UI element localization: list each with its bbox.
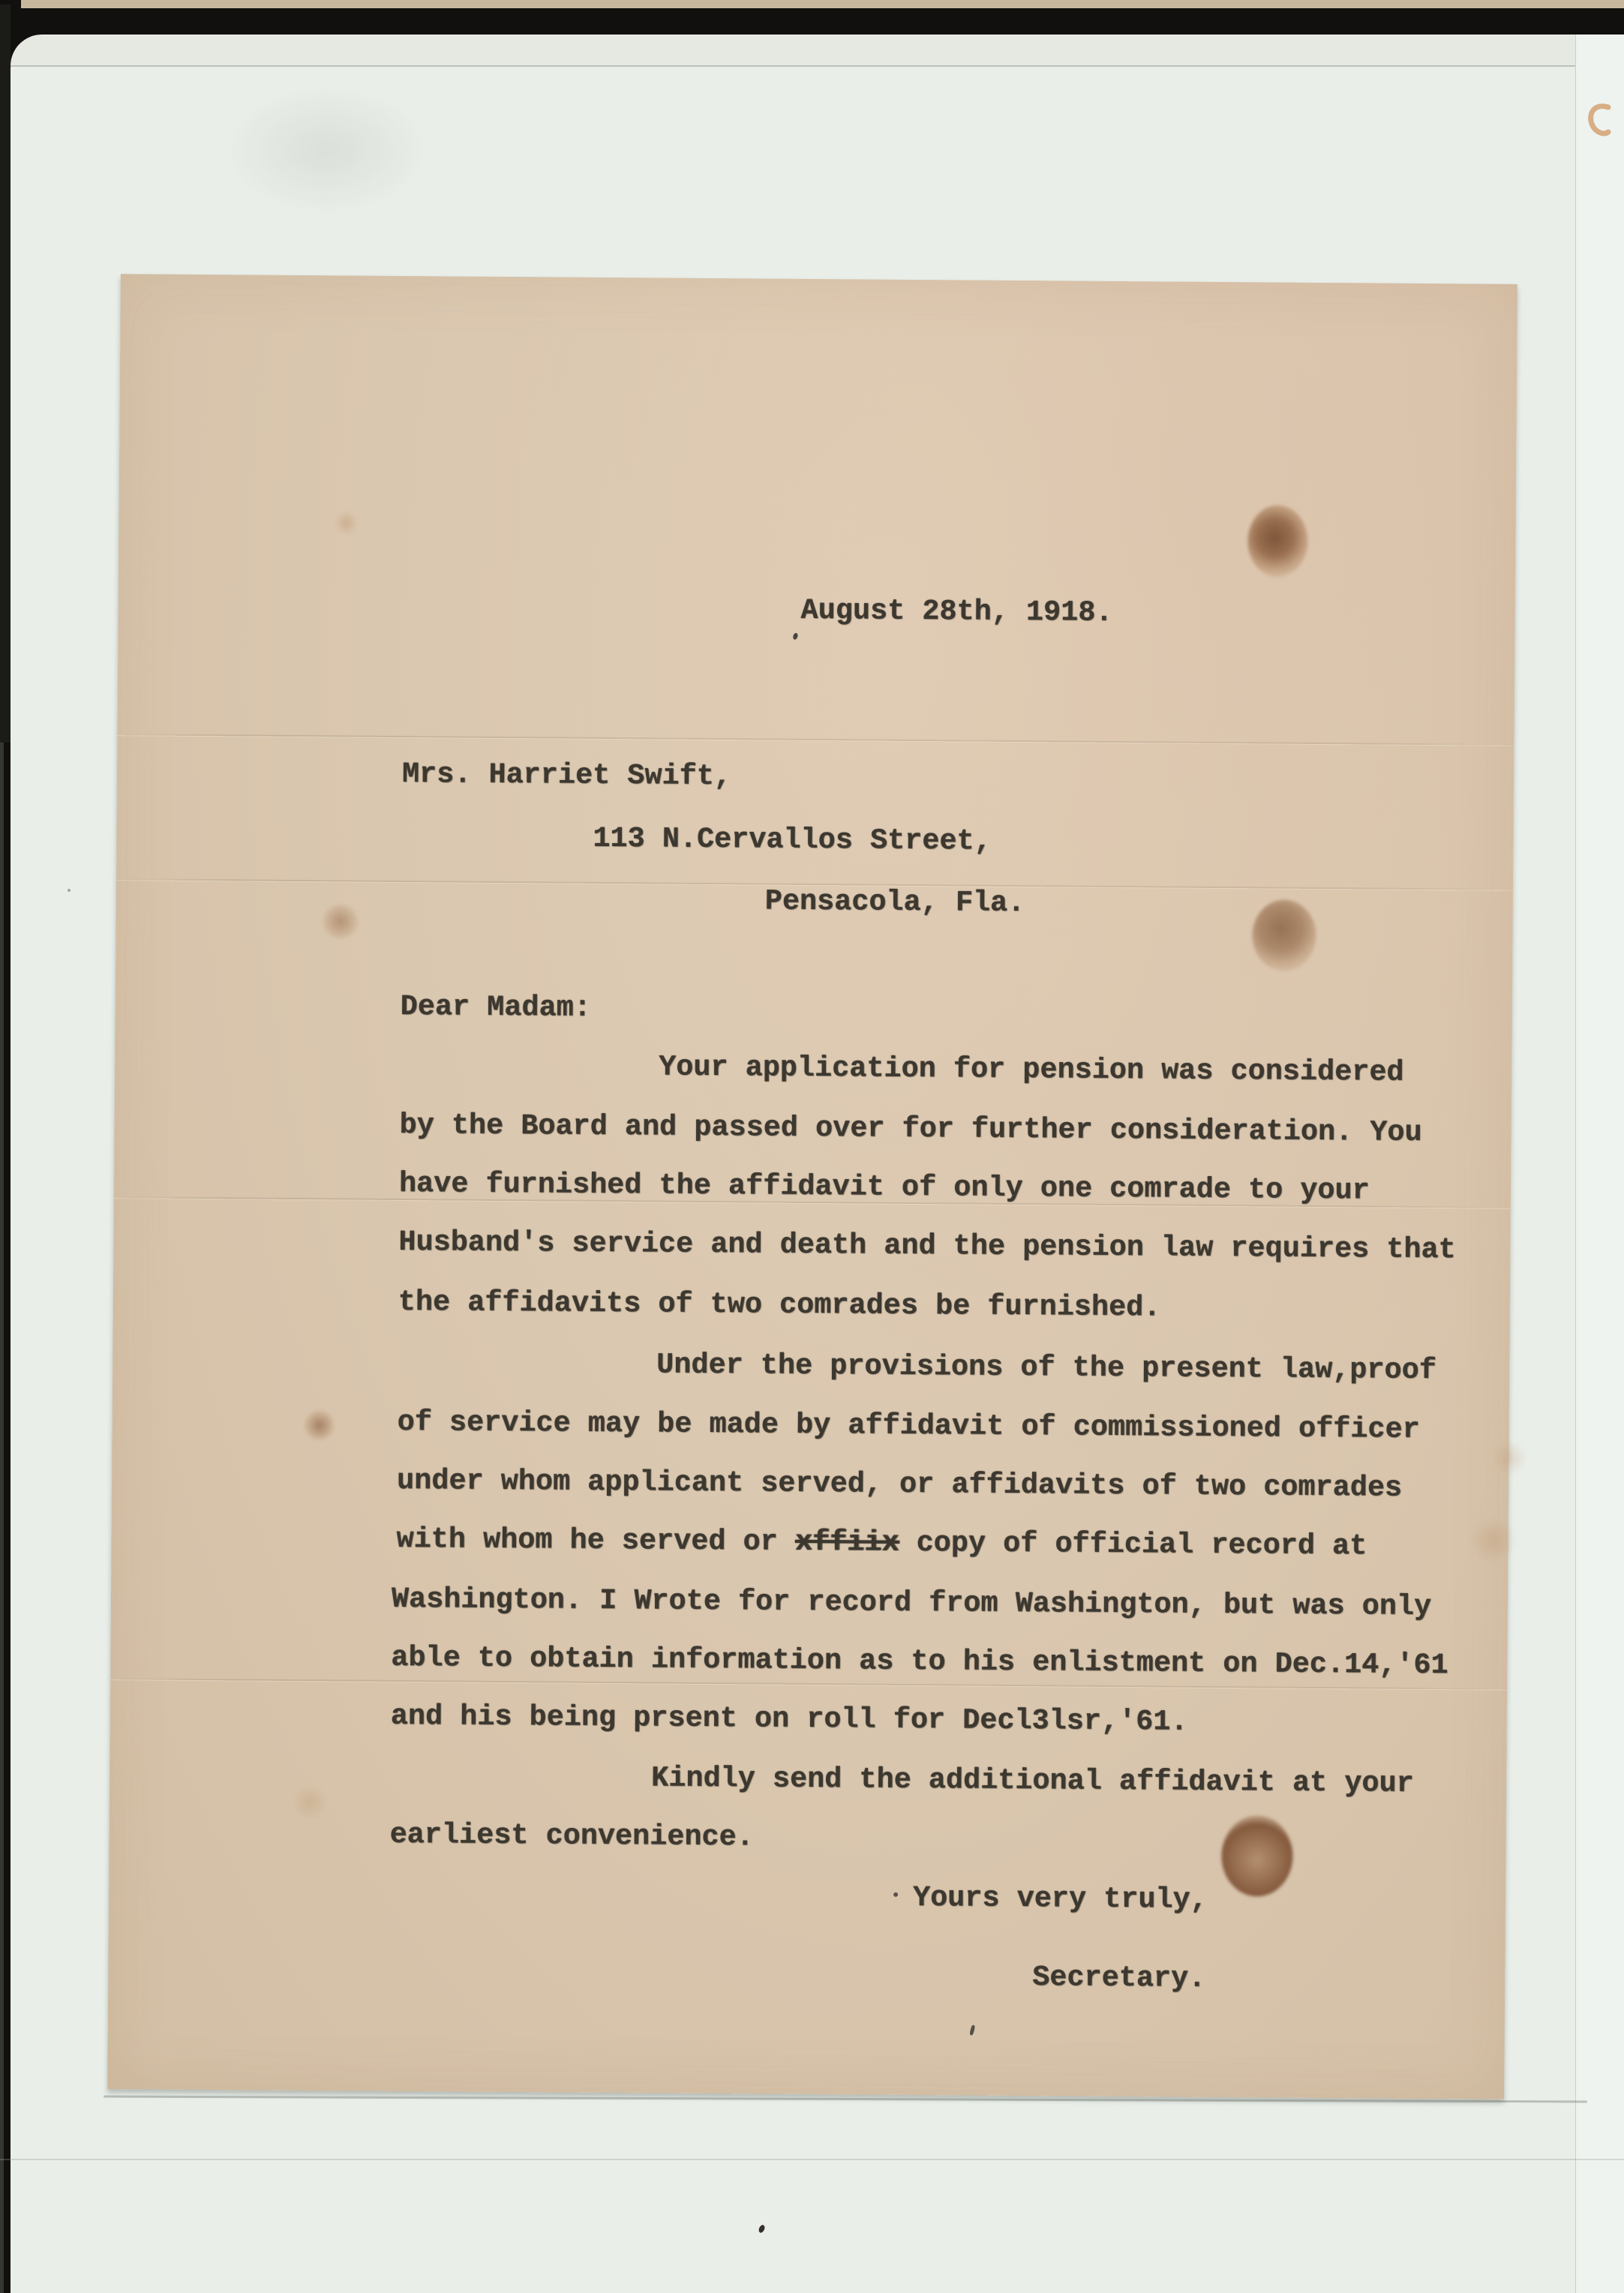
body-line: Under the provisions of the present law,… [656,1348,1436,1387]
foxing-stain [1492,1442,1526,1475]
dust-speck [68,889,71,892]
foxing-stain [1247,505,1308,578]
foxing-stain [1221,1815,1293,1897]
body-line: able to obtain information as to his enl… [391,1641,1448,1682]
body-line: Husband's service and death and the pens… [398,1226,1456,1266]
scan-edge-top-strip [21,0,1624,8]
closing-line: Yours very truly, [913,1881,1208,1916]
foxing-stain [333,511,359,535]
scanner-seam-line-top [11,65,1624,67]
salutation: Dear Madam: [401,990,591,1025]
recipient-name: Mrs. Harriet Swift, [402,758,731,793]
body-line: and his being prsent on roll for Decl3ls… [391,1700,1188,1739]
body-line: under whom applicant served, or affidavi… [397,1464,1402,1505]
foxing-stain [1252,899,1316,971]
body-line: Kindly send the additional affidavit at … [651,1761,1414,1799]
scanned-letter-page: August 28th, 1918. Mrs. Harriet Swift, 1… [0,0,1624,2293]
ink-speck [792,632,799,640]
scanner-seam-line-bottom [0,2159,1624,2160]
ink-speck [893,1892,898,1897]
scanner-background-right-band [1575,35,1624,2293]
ink-speck [969,2024,975,2036]
body-line-pre: with whom he served or [396,1523,795,1559]
foxing-stain [293,1786,327,1819]
scan-edge-left [0,5,11,743]
signature-line: Secretary. [1032,1961,1205,1995]
body-line: the affidavits of two comrades be furnis… [398,1286,1161,1324]
scanner-background-top-band [11,35,1624,66]
foxing-stain [1469,1518,1516,1562]
stray-fiber-mark [1584,101,1616,144]
date-line: August 28th, 1918. [800,594,1112,629]
body-line: earliest convenience. [389,1818,753,1854]
foxing-stain [322,904,358,938]
body-line: Your application for pension was conside… [659,1050,1404,1088]
body-line-with-strikeout: with whom he served or xffiix copy of of… [396,1523,1367,1562]
recipient-street: 113 N.Cervallos Street, [593,822,992,858]
body-line: Washington. I Wrote for record from Wash… [392,1583,1432,1623]
body-line-post: copy of official record at [899,1526,1367,1563]
paper-crease [117,734,1514,746]
foxing-stain [305,1410,335,1440]
body-line: by the Board and passed over for further… [399,1109,1421,1149]
letter-paper: August 28th, 1918. Mrs. Harriet Swift, 1… [107,274,1517,2099]
body-line: of service may be made by affidavit of c… [398,1406,1420,1446]
scan-edge-left-faint [0,743,4,2293]
recipient-city: Pensacola, Fla. [765,885,1025,920]
struck-out-word: xffiix [795,1526,899,1559]
scanner-smudge [225,86,428,214]
body-line: have furnished the affidavit of only one… [399,1167,1370,1207]
